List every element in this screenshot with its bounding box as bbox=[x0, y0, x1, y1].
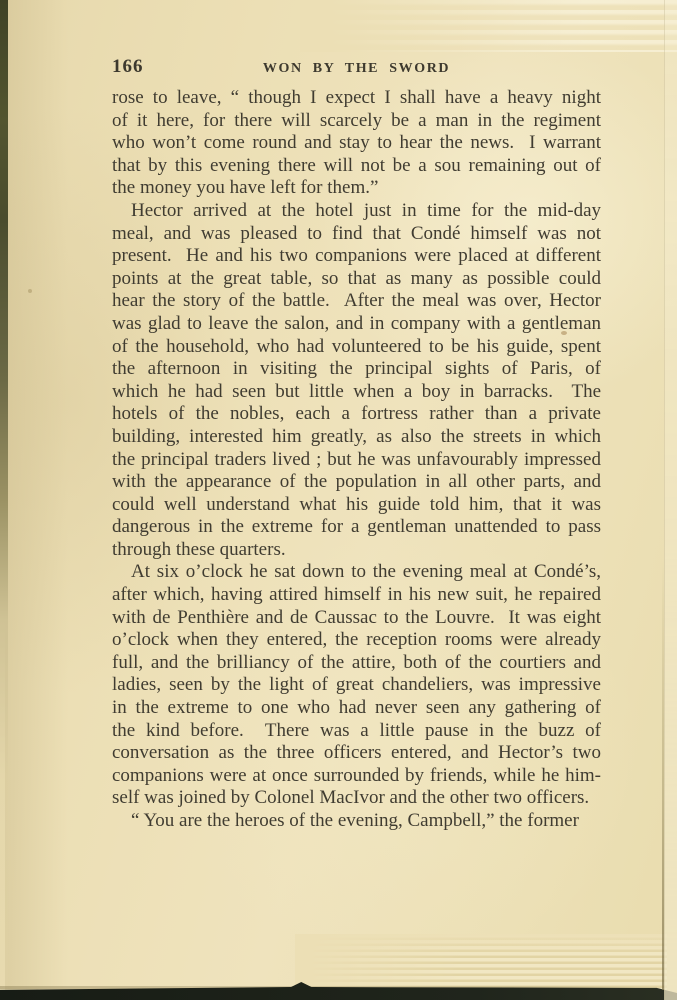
body-text: rose to leave, “ though I expect I shall… bbox=[112, 87, 601, 833]
right-page-edge-line bbox=[662, 560, 664, 990]
text-line: ladies, seen by the light of great chand… bbox=[112, 674, 601, 697]
text-line: present. He and his two companions were … bbox=[112, 245, 601, 268]
text-line: through these quarters. bbox=[112, 539, 601, 562]
text-line: meal, and was pleased to find that Condé… bbox=[112, 223, 601, 246]
text-line: hotels of the nobles, each a fortress ra… bbox=[112, 403, 601, 426]
book-page-photo: 166 WON BY THE SWORD rose to leave, “ th… bbox=[0, 0, 677, 1000]
text-line: full, and the brilliancy of the attire, … bbox=[112, 652, 601, 675]
text-line: building, interested him greatly, as als… bbox=[112, 426, 601, 449]
text-line: in the extreme to one who had never seen… bbox=[112, 697, 601, 720]
text-line: self was joined by Colonel MacIvor and t… bbox=[112, 787, 601, 810]
page-stack-edge bbox=[295, 934, 667, 990]
text-line: the money you have left for them.” bbox=[112, 177, 601, 200]
text-line: with de Penthière and de Caussac to the … bbox=[112, 607, 601, 630]
paper-streaks bbox=[300, 0, 677, 52]
text-line: the principal traders lived ; but he was… bbox=[112, 449, 601, 472]
text-line: dangerous in the extreme for a gentleman… bbox=[112, 516, 601, 539]
text-line: with the appearance of the population in… bbox=[112, 471, 601, 494]
text-line: which he had seen but little when a boy … bbox=[112, 381, 601, 404]
text-line: “ You are the heroes of the evening, Cam… bbox=[112, 810, 601, 833]
text-line: of it here, for there will scarcely be a… bbox=[112, 110, 601, 133]
binding-shadow bbox=[5, 0, 75, 1000]
text-line: of the household, who had volunteered to… bbox=[112, 336, 601, 359]
text-line: conversation as the three officers enter… bbox=[112, 742, 601, 765]
text-line: who won’t come round and stay to hear th… bbox=[112, 132, 601, 155]
paper-speck bbox=[28, 289, 32, 293]
binding-edge bbox=[0, 0, 8, 1000]
text-line: companions were at once surrounded by fr… bbox=[112, 765, 601, 788]
text-line: At six o’clock he sat down to the evenin… bbox=[112, 561, 601, 584]
text-line: the kind before. There was a little paus… bbox=[112, 720, 601, 743]
text-line: could well understand what his guide tol… bbox=[112, 494, 601, 517]
running-title: WON BY THE SWORD bbox=[112, 61, 601, 77]
text-line: o’clock when they entered, the reception… bbox=[112, 629, 601, 652]
text-line: Hector arrived at the hotel just in time… bbox=[112, 200, 601, 223]
text-line: points at the great table, so that as ma… bbox=[112, 268, 601, 291]
text-line: rose to leave, “ though I expect I shall… bbox=[112, 87, 601, 110]
text-line: after which, having attired himself in h… bbox=[112, 584, 601, 607]
text-line: hear the story of the battle. After the … bbox=[112, 290, 601, 313]
text-line: that by this evening there will not be a… bbox=[112, 155, 601, 178]
text-line: was glad to leave the salon, and in comp… bbox=[112, 313, 601, 336]
text-line: the afternoon in visiting the principal … bbox=[112, 358, 601, 381]
right-page-edge bbox=[664, 0, 677, 1000]
